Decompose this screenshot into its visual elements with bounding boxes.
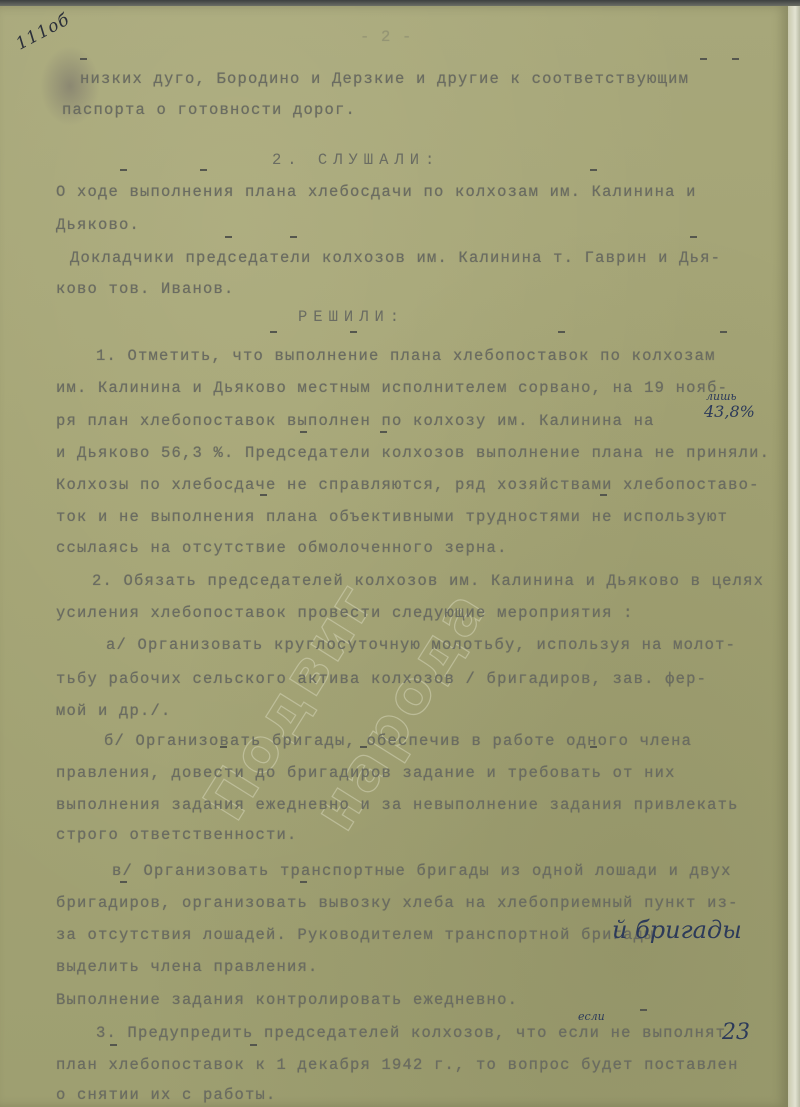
typewriter-mark <box>220 746 227 748</box>
typewriter-mark <box>120 169 127 171</box>
text-line: мой и др./. <box>56 702 172 720</box>
text-line: О ходе выполнения плана хлебосдачи по ко… <box>56 183 697 201</box>
text-line: 3. Предупредить председателей колхозов, … <box>96 1024 726 1042</box>
text-line: ково тов. Иванов. <box>56 280 235 298</box>
handwritten-pct-kalinin: 43,8% <box>704 402 755 421</box>
typewriter-mark <box>350 331 357 333</box>
scanner-edge-right <box>788 6 800 1107</box>
text-line: 2. Обязать председателей колхозов им. Ка… <box>92 572 764 590</box>
top-fragment: - 2 - <box>360 28 413 46</box>
document-page: 111об Подвиг народа - 2 - низких дуго, Б… <box>0 6 788 1107</box>
typewriter-mark <box>80 58 87 60</box>
typewriter-mark <box>600 494 607 496</box>
typewriter-mark <box>110 1044 117 1046</box>
text-line: ток и не выполнения плана объективными т… <box>56 508 728 526</box>
text-line: Дьяково. <box>56 216 140 234</box>
text-line: 1. Отметить, что выполнение плана хлебоп… <box>96 347 716 365</box>
typewriter-mark <box>380 431 387 433</box>
typewriter-mark <box>300 881 307 883</box>
text-line: о снятии их с работы. <box>56 1086 277 1104</box>
handwritten-brigade-insert: й бригады <box>612 916 742 944</box>
text-line: Выполнение задания контролировать ежедне… <box>56 991 518 1009</box>
text-line: б/ Организовать бригады, обеспечив в раб… <box>104 732 692 750</box>
typewriter-mark <box>250 1044 257 1046</box>
typewriter-mark <box>260 494 267 496</box>
text-line: ссылаясь на отсутствие обмолоченного зер… <box>56 539 508 557</box>
text-line: а/ Организовать круглосуточную молотьбу,… <box>106 636 736 654</box>
handwritten-above-line: если <box>578 1010 605 1023</box>
handwritten-margin-mark: 23 <box>722 1020 750 1045</box>
text-line: строго ответственности. <box>56 826 298 844</box>
text-line: низких дуго, Бородино и Дерзкие и другие… <box>80 70 689 88</box>
typewriter-mark <box>640 1009 647 1011</box>
text-line: план хлебопоставок к 1 декабря 1942 г., … <box>56 1056 739 1074</box>
text-line: выполнения задания ежедневно и за невыпо… <box>56 796 739 814</box>
section-heading-slushali: 2. СЛУШАЛИ: <box>272 151 440 169</box>
text-line: Колхозы по хлебосдаче не справляются, ря… <box>56 476 760 494</box>
text-line: в/ Организовать транспортные бригады из … <box>112 862 732 880</box>
typewriter-mark <box>732 58 739 60</box>
typewriter-mark <box>690 236 697 238</box>
text-line: им. Калинина и Дьяково местным исполните… <box>56 379 728 397</box>
typewriter-mark <box>300 431 307 433</box>
text-line: Докладчики председатели колхозов им. Кал… <box>70 249 721 267</box>
section-heading-reshili: РЕШИЛИ: <box>298 308 405 326</box>
typewriter-mark <box>700 58 707 60</box>
text-line: за отсутствия лошадей. Руководителем тра… <box>56 926 655 944</box>
text-line: бригадиров, организовать вывозку хлеба н… <box>56 894 739 912</box>
typewriter-mark <box>360 746 367 748</box>
text-line: усиления хлебопоставок провести следующи… <box>56 604 634 622</box>
typewriter-mark <box>225 236 232 238</box>
text-line: и Дьяково 56,3 %. Председатели колхозов … <box>56 444 770 462</box>
typewriter-mark <box>120 881 127 883</box>
typewriter-mark <box>558 331 565 333</box>
text-line: выделить члена правления. <box>56 958 319 976</box>
typewriter-mark <box>200 169 207 171</box>
text-line: правления, довести до бригадиров задание… <box>56 764 676 782</box>
text-line: ря план хлебопоставок выполнен по колхоз… <box>56 412 655 430</box>
text-line: паспорта о готовности дорог. <box>62 101 356 119</box>
typewriter-mark <box>590 169 597 171</box>
typewriter-mark <box>290 236 297 238</box>
typewriter-mark <box>720 331 727 333</box>
typewriter-mark <box>590 746 597 748</box>
text-line: тьбу рабочих сельского актива колхозов /… <box>56 670 707 688</box>
typewriter-mark <box>270 331 277 333</box>
